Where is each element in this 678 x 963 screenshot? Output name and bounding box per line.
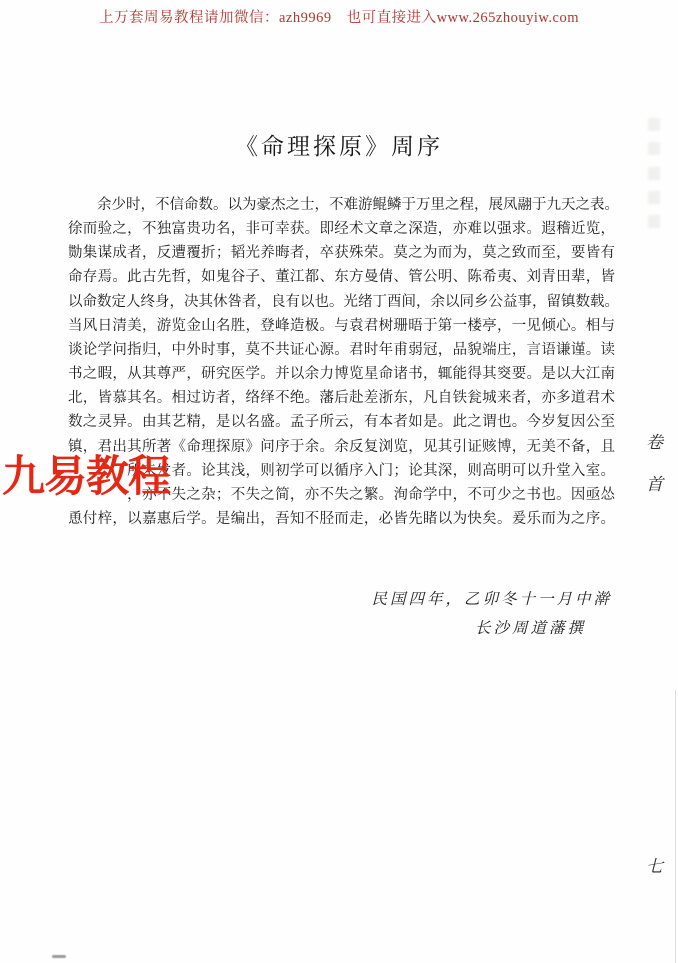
promo-header-text: 上万套周易教程请加微信：azh9969 也可直接进入www.265zhouyiw… xyxy=(0,6,678,27)
page-title: 《命理探原》周序 xyxy=(0,128,678,161)
body-line: 以命数定人终身，决其休咎者，良有以也。光绪丁酉间，余以同乡公益事，留镇数载。 xyxy=(68,290,615,314)
scan-artifact-ghost-text xyxy=(648,118,662,228)
page-number: 七 xyxy=(646,852,663,877)
body-line: 余少时，不信命数。以为豪杰之士，不难游鲲鳞于万里之程，展凤翮于九天之表。 xyxy=(68,193,615,217)
body-line: 书之暇，从其尊严，研究医学。并以余力博览星命诸书，辄能得其窔要。是以大江南 xyxy=(68,362,615,386)
volume-char: 首 xyxy=(646,470,663,495)
margin-volume-label: 卷 首 xyxy=(646,428,663,512)
body-line: 徐而验之，不独富贵功名，非可幸获。即经术文章之深造，亦难以强求。遐稽近览， xyxy=(68,217,615,241)
body-line: 北，皆慕其名。相过访者，络绎不绝。藩后赴差浙东，凡自铁瓮城来者，亦多道君术 xyxy=(68,386,615,410)
scan-artifact-smudge xyxy=(52,955,66,958)
scan-artifact-edge-line xyxy=(675,690,676,963)
scanned-book-page: 上万套周易教程请加微信：azh9969 也可直接进入www.265zhouyiw… xyxy=(0,0,678,963)
body-line: 谈论学问指归，中外时事，莫不共证心源。君时年甫弱冠，品貌端庄，言语谦谨。读 xyxy=(68,338,615,362)
signature-date: 民国四年，乙卯冬十一月中澣 xyxy=(330,585,612,614)
body-line: 勚集谋成者，反遭覆折；韬光养晦者，卒获殊荣。莫之为而为，莫之致而至，要皆有 xyxy=(68,241,615,265)
signature-block: 民国四年，乙卯冬十一月中澣 长沙周道藩撰 xyxy=(330,585,612,643)
body-line: 当风日清美，游览金山名胜，登峰造极。与袁君树珊晤于第一楼亭，一见倾心。相与 xyxy=(68,314,615,338)
body-line: 命存焉。此古先哲，如鬼谷子、董江都、东方曼倩、管公明、陈希夷、刘青田辈，皆 xyxy=(68,265,615,289)
signature-author: 长沙周道藩撰 xyxy=(330,614,586,643)
volume-char: 卷 xyxy=(646,428,663,453)
body-line: 恿付梓，以嘉惠后学。是编出，吾知不胫而走，必皆先睹以为快矣。爰乐而为之序。 xyxy=(68,507,615,531)
body-line: 数之灵异。由其艺精，是以名盛。孟子所云，有本者如是。此之谓也。今岁复因公至 xyxy=(68,410,615,434)
red-watermark: 九易教程 xyxy=(2,452,170,502)
